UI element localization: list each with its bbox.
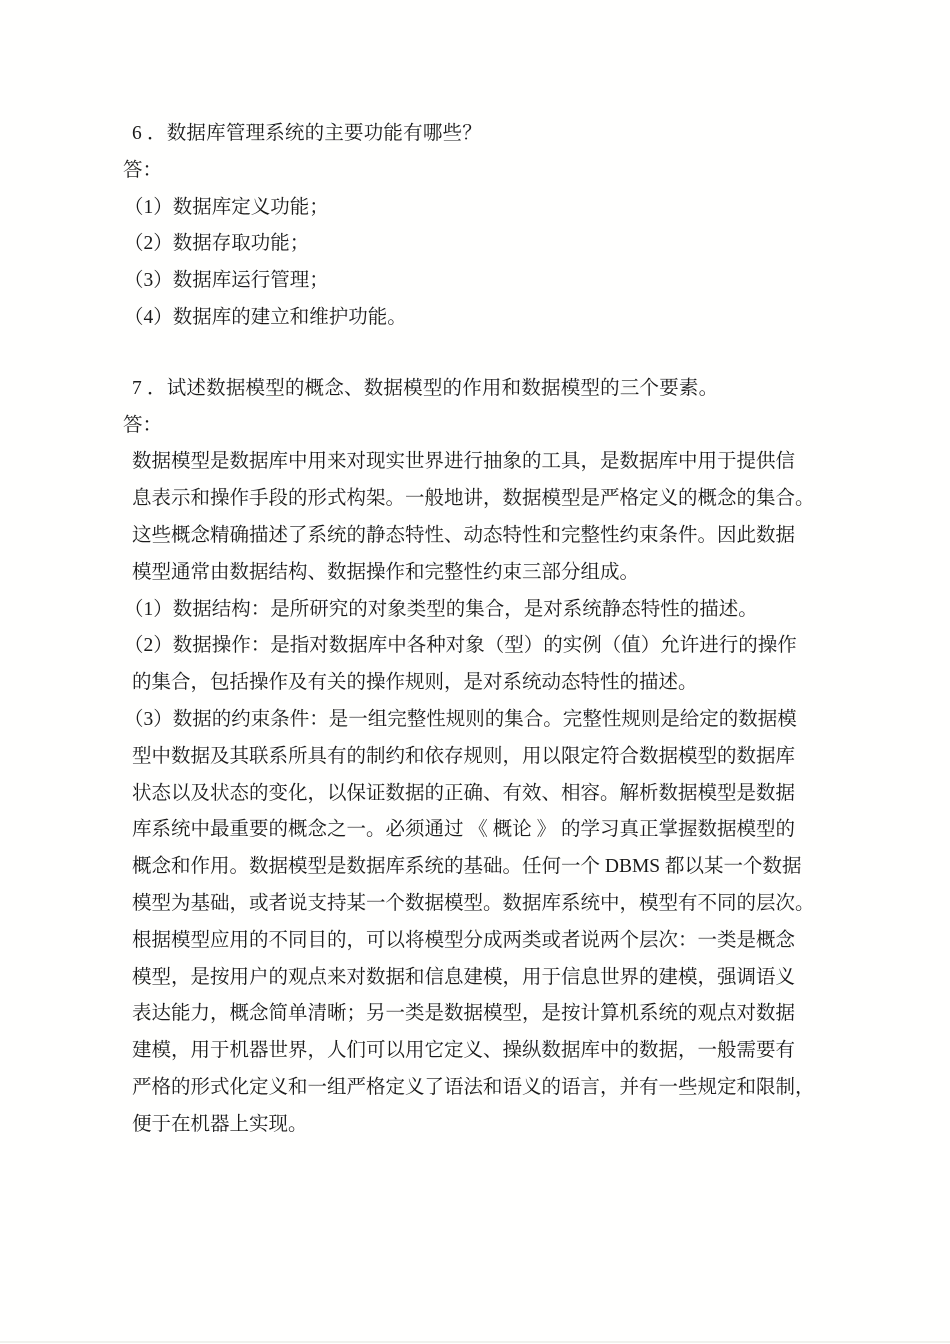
answer-text-line: 状态以及状态的变化，以保证数据的正确、有效、相容。解析数据模型是数据: [132, 776, 844, 813]
answer-text-line: （1）数据结构：是所研究的对象类型的集合，是对系统静态特性的描述。: [124, 592, 844, 629]
answer-text-line: 模型为基础，或者说支持某一个数据模型。数据库系统中，模型有不同的层次。: [132, 886, 844, 923]
answer-text-line: 模型，是按用户的观点来对数据和信息建模，用于信息世界的建模，强调语义: [132, 960, 844, 997]
answer-text-line: （2）数据操作：是指对数据库中各种对象（型）的实例（值）允许进行的操作: [124, 628, 844, 665]
answer-text-line: （3）数据的约束条件：是一组完整性规则的集合。完整性规则是给定的数据模: [124, 702, 844, 739]
qa-content: 6 ．数据库管理系统的主要功能有哪些？答：（1）数据库定义功能；（2）数据存取功…: [132, 116, 844, 1144]
document-page: 6 ．数据库管理系统的主要功能有哪些？答：（1）数据库定义功能；（2）数据存取功…: [0, 0, 950, 1344]
answer-text-line: （2）数据存取功能；: [124, 226, 844, 263]
answer-text-line: 严格的形式化定义和一组严格定义了语法和语义的语言，并有一些规定和限制，: [132, 1070, 844, 1107]
answer-text-line: 型中数据及其联系所具有的制约和依存规则，用以限定符合数据模型的数据库: [132, 739, 844, 776]
answer-text-line: 这些概念精确描述了系统的静态特性、动态特性和完整性约束条件。因此数据: [132, 518, 844, 555]
answer-label: 答：: [123, 408, 844, 445]
answer-text-line: 建模，用于机器世界，人们可以用它定义、操纵数据库中的数据，一般需要有: [132, 1033, 844, 1070]
answer-text-line: （3）数据库运行管理；: [124, 263, 844, 300]
answer-text-line: 的集合，包括操作及有关的操作规则，是对系统动态特性的描述。: [132, 665, 844, 702]
answer-text-line: （4）数据库的建立和维护功能。: [124, 300, 844, 337]
page-bottom-rule: [0, 1341, 950, 1343]
answer-text-line: 概念和作用。数据模型是数据库系统的基础。任何一个 DBMS 都以某一个数据: [132, 849, 844, 886]
qa-section-7: 7 ．试述数据模型的概念、数据模型的作用和数据模型的三个要素。答：数据模型是数据…: [132, 371, 844, 1144]
answer-text-line: （1）数据库定义功能；: [124, 190, 844, 227]
qa-section-6: 6 ．数据库管理系统的主要功能有哪些？答：（1）数据库定义功能；（2）数据存取功…: [132, 116, 844, 337]
answer-text-line: 模型通常由数据结构、数据操作和完整性约束三部分组成。: [132, 555, 844, 592]
answer-text-line: 数据模型是数据库中用来对现实世界进行抽象的工具，是数据库中用于提供信: [132, 444, 844, 481]
question-line: 6 ．数据库管理系统的主要功能有哪些？: [132, 116, 844, 153]
answer-text-line: 根据模型应用的不同目的，可以将模型分成两类或者说两个层次：一类是概念: [132, 923, 844, 960]
answer-text-line: 息表示和操作手段的形式构架。一般地讲，数据模型是严格定义的概念的集合。: [132, 481, 844, 518]
answer-text-line: 库系统中最重要的概念之一。必须通过 《 概论 》 的学习真正掌握数据模型的: [132, 812, 844, 849]
question-line: 7 ．试述数据模型的概念、数据模型的作用和数据模型的三个要素。: [132, 371, 844, 408]
answer-text-line: 便于在机器上实现。: [132, 1107, 844, 1144]
answer-text-line: 表达能力，概念简单清晰；另一类是数据模型，是按计算机系统的观点对数据: [132, 996, 844, 1033]
answer-label: 答：: [123, 153, 844, 190]
